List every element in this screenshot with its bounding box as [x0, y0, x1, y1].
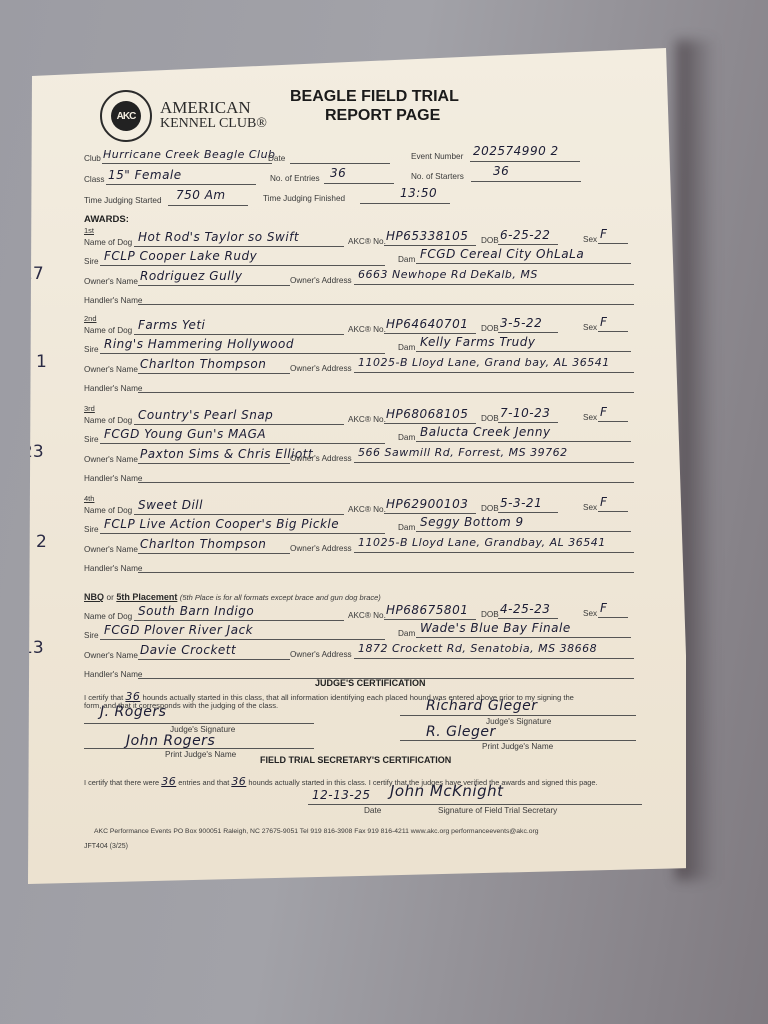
time-finished-label: Time Judging Finished [263, 194, 345, 203]
dam-value[interactable]: FCGD Cereal City OhLaLa [420, 247, 584, 261]
owner-address-value[interactable]: 566 Sawmill Rd, Forrest, MS 39762 [358, 446, 568, 459]
field-underline [134, 424, 344, 425]
handlers-name-label: Handler's Name [84, 384, 142, 393]
owners-address-label: Owner's Address [290, 544, 352, 553]
judge1-print-label: Print Judge's Name [165, 750, 236, 759]
judge2-signature[interactable]: Richard Gleger [426, 698, 537, 714]
field-underline [138, 659, 290, 660]
field-underline [416, 531, 631, 532]
field-underline [498, 512, 558, 513]
name-of-dog-label: Name of Dog [84, 506, 132, 515]
name-of-dog-label: Name of Dog [84, 238, 132, 247]
dob-label: DOB [481, 236, 499, 245]
sire-value[interactable]: FCGD Young Gun's MAGA [104, 427, 266, 441]
dog-name-value[interactable]: South Barn Indigo [138, 604, 254, 618]
field-underline [598, 617, 628, 618]
akc-no-label: AKC® No. [348, 237, 386, 246]
sex-label: Sex [583, 323, 597, 332]
secretary-date-value[interactable]: 12-13-25 [312, 788, 370, 802]
handlers-name-label: Handler's Name [84, 296, 142, 305]
field-underline [598, 243, 628, 244]
owner-name-value[interactable]: Paxton Sims & Chris Elliott [140, 447, 313, 461]
sire-label: Sire [84, 435, 99, 444]
dog-name-value[interactable]: Country's Pearl Snap [138, 408, 273, 422]
owner-address-value[interactable]: 1872 Crockett Rd, Senatobia, MS 38668 [358, 642, 597, 655]
sex-label: Sex [583, 609, 597, 618]
owners-name-label: Owner's Name [84, 365, 138, 374]
field-underline [138, 285, 290, 286]
dam-value[interactable]: Kelly Farms Trudy [420, 335, 536, 349]
dam-value[interactable]: Wade's Blue Bay Finale [420, 621, 571, 635]
owner-address-value[interactable]: 6663 Newhope Rd DeKalb, MS [358, 268, 538, 281]
judges-cert-heading: JUDGE'S CERTIFICATION [315, 678, 425, 688]
sire-label: Sire [84, 631, 99, 640]
sex-label: Sex [583, 503, 597, 512]
dog-name-value[interactable]: Farms Yeti [138, 318, 205, 332]
starters-value[interactable]: 36 [493, 164, 509, 178]
field-underline [416, 637, 631, 638]
owner-name-value[interactable]: Rodriguez Gully [140, 269, 242, 283]
sex-label: Sex [583, 235, 597, 244]
dob-value[interactable]: 3-5-22 [500, 316, 542, 330]
sex-value[interactable]: F [600, 601, 607, 615]
sex-value[interactable]: F [600, 405, 607, 419]
fifth-placement-note: (5th Place is for all formats except bra… [180, 593, 381, 602]
nbq-heading: NBQ or 5th Placement (5th Place is for a… [84, 592, 381, 602]
class-label: Class [84, 175, 104, 184]
sire-value[interactable]: Ring's Hammering Hollywood [104, 337, 294, 351]
secretary-cert-text: I certify that there were 36 entries and… [84, 775, 598, 788]
akc-no-label: AKC® No. [348, 325, 386, 334]
dob-value[interactable]: 5-3-21 [500, 496, 542, 510]
fifth-placement-label: 5th Placement [116, 592, 177, 602]
secretary-date-label: Date [364, 806, 381, 815]
field-underline [598, 331, 628, 332]
placement-label: 1st [84, 226, 94, 235]
field-underline [384, 245, 476, 246]
placement-label: 3rd [84, 404, 95, 413]
akc-no-value[interactable]: HP62900103 [386, 497, 468, 511]
field-underline [384, 333, 476, 334]
dog-name-value[interactable]: Hot Rod's Taylor so Swift [138, 230, 299, 244]
field-underline [134, 246, 344, 247]
entries-label: No. of Entries [270, 174, 320, 183]
placement-label: 2nd [84, 314, 97, 323]
akc-no-value[interactable]: HP65338105 [386, 229, 468, 243]
sire-value[interactable]: FCLP Live Action Cooper's Big Pickle [104, 517, 339, 531]
secretary-signature[interactable]: John McKnight [390, 782, 504, 800]
field-underline [498, 422, 558, 423]
nbq-label: NBQ [84, 592, 104, 602]
dam-value[interactable]: Balucta Creek Jenny [420, 425, 551, 439]
page-title-line1: BEAGLE FIELD TRIAL [290, 88, 459, 106]
secretary-cert-text-mid: entries and that [178, 778, 229, 787]
owners-address-label: Owner's Address [290, 454, 352, 463]
field-underline [100, 533, 385, 534]
dam-label: Dam [398, 255, 415, 264]
field-underline [498, 618, 558, 619]
akc-no-label: AKC® No. [348, 611, 386, 620]
name-of-dog-label: Name of Dog [84, 326, 132, 335]
owner-name-value[interactable]: Davie Crockett [140, 643, 236, 657]
awards-heading: AWARDS: [84, 214, 129, 225]
form-id: JFT404 (3/25) [84, 843, 128, 850]
club-value[interactable]: Hurricane Creek Beagle Club [103, 148, 276, 161]
handlers-name-label: Handler's Name [84, 564, 142, 573]
name-of-dog-label: Name of Dog [84, 612, 132, 621]
sire-value[interactable]: FCGD Plover River Jack [104, 623, 253, 637]
placement-label: 4th [84, 494, 94, 503]
field-underline [416, 351, 631, 352]
akc-no-value[interactable]: HP68068105 [386, 407, 468, 421]
dob-label: DOB [481, 414, 499, 423]
field-underline [138, 373, 290, 374]
field-underline [354, 372, 634, 373]
footer-address: AKC Performance Events PO Box 900051 Ral… [94, 828, 539, 835]
field-underline [598, 511, 628, 512]
field-underline [138, 392, 634, 393]
dob-value[interactable]: 4-25-23 [500, 602, 550, 616]
org-name-line1: AMERICAN [160, 98, 251, 118]
sex-value[interactable]: F [600, 315, 607, 329]
field-underline [384, 423, 476, 424]
secretary-cert-starters[interactable]: 36 [231, 775, 246, 788]
owners-address-label: Owner's Address [290, 364, 352, 373]
secretary-signature-label: Signature of Field Trial Secretary [438, 806, 557, 815]
field-underline [416, 441, 631, 442]
report-form: AKC AMERICAN KENNEL CLUB® BEAGLE FIELD T… [28, 48, 686, 884]
field-underline [354, 284, 634, 285]
date-label: Date [268, 154, 285, 163]
owners-name-label: Owner's Name [84, 545, 138, 554]
dob-value[interactable]: 6-25-22 [500, 228, 550, 242]
sex-label: Sex [583, 413, 597, 422]
owner-address-value[interactable]: 11025-B Lloyd Lane, Grand bay, AL 36541 [358, 356, 610, 369]
judge2-print-name[interactable]: R. Gleger [426, 724, 496, 740]
dam-label: Dam [398, 433, 415, 442]
time-started-value[interactable]: 750 Am [176, 188, 226, 202]
field-underline [138, 304, 634, 305]
sex-value[interactable]: F [600, 495, 607, 509]
page-title-line2: REPORT PAGE [325, 107, 440, 125]
dob-value[interactable]: 7-10-23 [500, 406, 550, 420]
entries-value[interactable]: 36 [330, 166, 346, 180]
field-underline [100, 639, 385, 640]
secretary-cert-entries[interactable]: 36 [161, 775, 176, 788]
akc-logo-icon: AKC [111, 101, 141, 131]
field-underline [138, 572, 634, 573]
field-underline [354, 462, 634, 463]
judge1-signature[interactable]: J. Rogers [100, 704, 166, 720]
owners-name-label: Owner's Name [84, 455, 138, 464]
dam-label: Dam [398, 523, 415, 532]
margin-number: 13 [22, 638, 44, 658]
time-started-label: Time Judging Started [84, 196, 162, 205]
sire-value[interactable]: FCLP Cooper Lake Rudy [104, 249, 257, 263]
akc-no-value[interactable]: HP68675801 [386, 603, 468, 617]
dam-value[interactable]: Seggy Bottom 9 [420, 515, 524, 529]
field-underline [498, 332, 558, 333]
sex-value[interactable]: F [600, 227, 607, 241]
field-underline [498, 244, 558, 245]
field-underline [134, 514, 344, 515]
handlers-name-label: Handler's Name [84, 670, 142, 679]
sire-label: Sire [84, 257, 99, 266]
field-underline [138, 553, 290, 554]
field-underline [384, 513, 476, 514]
or-label: or [107, 593, 114, 602]
handlers-name-label: Handler's Name [84, 474, 142, 483]
margin-number: 2 [36, 532, 47, 552]
secretary-cert-heading: FIELD TRIAL SECRETARY'S CERTIFICATION [260, 755, 451, 765]
dam-label: Dam [398, 343, 415, 352]
field-underline [354, 552, 634, 553]
owners-name-label: Owner's Name [84, 651, 138, 660]
sire-label: Sire [84, 525, 99, 534]
dob-label: DOB [481, 504, 499, 513]
secretary-cert-text-pre: I certify that there were [84, 778, 159, 787]
dob-label: DOB [481, 610, 499, 619]
owners-address-label: Owner's Address [290, 276, 352, 285]
field-underline [384, 619, 476, 620]
club-label: Club [84, 154, 101, 163]
judge2-print-label: Print Judge's Name [482, 742, 553, 751]
margin-number: 23 [22, 442, 44, 462]
field-underline [416, 263, 631, 264]
field-underline [100, 353, 385, 354]
akc-no-label: AKC® No. [348, 415, 386, 424]
org-name-line2: KENNEL CLUB® [160, 116, 267, 132]
judge1-print-name[interactable]: John Rogers [126, 733, 215, 749]
owner-name-value[interactable]: Charlton Thompson [140, 537, 266, 551]
starters-label: No. of Starters [411, 172, 464, 181]
margin-number: 27 [22, 264, 44, 284]
akc-no-value[interactable]: HP64640701 [386, 317, 468, 331]
owner-name-value[interactable]: Charlton Thompson [140, 357, 266, 371]
event-number-value[interactable]: 202574990 2 [473, 144, 559, 158]
field-underline [354, 658, 634, 659]
owners-address-label: Owner's Address [290, 650, 352, 659]
margin-number: 1 [36, 352, 47, 372]
dob-label: DOB [481, 324, 499, 333]
field-underline [100, 265, 385, 266]
sire-label: Sire [84, 345, 99, 354]
time-finished-value[interactable]: 13:50 [400, 186, 437, 200]
akc-no-label: AKC® No. [348, 505, 386, 514]
akc-logo-seal: AKC [100, 90, 152, 142]
event-number-label: Event Number [411, 152, 463, 161]
field-underline [138, 463, 290, 464]
field-underline [100, 443, 385, 444]
name-of-dog-label: Name of Dog [84, 416, 132, 425]
dog-name-value[interactable]: Sweet Dill [138, 498, 203, 512]
class-value[interactable]: 15" Female [108, 168, 182, 182]
field-underline [134, 620, 344, 621]
field-underline [134, 334, 344, 335]
owners-name-label: Owner's Name [84, 277, 138, 286]
field-underline [598, 421, 628, 422]
owner-address-value[interactable]: 11025-B Lloyd Lane, Grandbay, AL 36541 [358, 536, 606, 549]
field-underline [138, 482, 634, 483]
dam-label: Dam [398, 629, 415, 638]
